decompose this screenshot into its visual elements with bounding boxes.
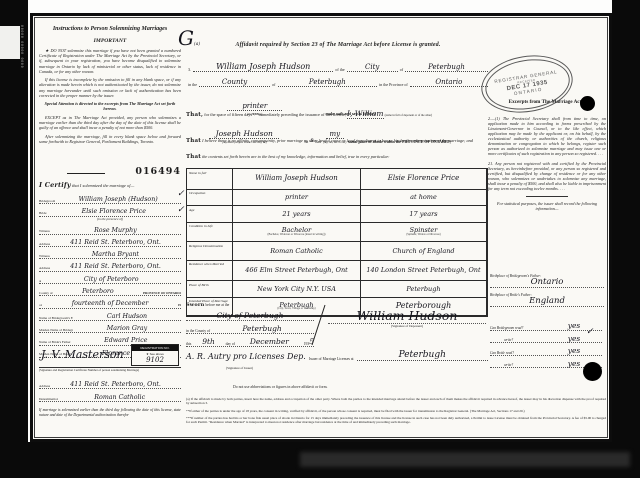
question-label: Can Bridegroom read? [490,326,546,330]
field-label: Address [39,385,50,388]
bride-age-cell: 17 years [361,206,487,223]
printed-text: in the [186,82,199,87]
groom-father-birthplace-value: Ontario [490,278,604,288]
field-row-denomination: Denomination Roman Catholic [39,390,181,402]
row-label: Age [187,206,233,223]
clause-text: the contents set forth herein are to the… [202,154,390,159]
bride-residence-cell: 140 London Street Peterbugh, Ont [361,261,487,282]
deponent-name-2-caption: (name in full of deponent or of the othe… [385,114,433,117]
row-label: Place of Birth [187,281,233,298]
sworn-before-text: before me at the [205,303,229,307]
affidavit-title: Affidavit required by Section 23 of The … [193,42,483,48]
county-label: in the County of [186,329,210,333]
groom-age-cell: 21 years [233,206,361,223]
issuer-signature: A. R. Autry pro Licenses Dep. [186,352,306,361]
registrar-general-stamp: REGISTRAR GENERAL RECEIVED DEC 17 1935 O… [477,49,577,119]
printed-text: in the Province of [377,82,410,87]
affidavit-clause-3: That the contents set forth herein are t… [186,154,488,161]
instructions-paragraph: Special Attention is directed to the exc… [39,101,181,111]
affidavit-clause-2: That I believe there is no affinity, con… [186,138,488,145]
question-label: write? [490,363,546,367]
field-value: Elsie Florence Price [47,209,181,215]
cell-value: 140 London Street Peterbugh, Ont [366,267,480,274]
bride-condition-cell: Spinster (Spinster, Widow or Divorcee) [361,223,487,243]
cell-value: at home [410,194,437,201]
film-strip-right [612,0,640,444]
affidavit-line-2: in the County of Peterbugh in the Provin… [186,79,488,87]
field-row-witness-1: Witness Rose Murphy [39,223,181,235]
field-row-groom-mother: Maiden Name of Bridegroom's Mother Mario… [39,321,181,333]
field-row-place: at City of Peterboro [39,272,181,284]
clause-text: for the space of fifteen days***immediat… [204,112,346,117]
instructions-paragraph: If this license is incomplete by the omi… [39,77,181,98]
solemnizer-signature-caption: (Signature and Registration Certificate … [39,367,181,372]
printed-text: of [270,82,277,87]
footnote-c: ***If neither of the parties has had his… [186,416,606,425]
field-row-solemnizer-address: Address 411 Reid St. Peterboro, Ont. [39,377,181,389]
field-value: Carl Hudson [73,314,181,320]
field-label: Bride [39,212,47,215]
excerpt-section-21: 21. Any person not registered with and c… [488,161,606,191]
field-row-county: County of Peterboro PROVINCE OF ONTARIO [39,284,181,296]
field-value: Roman Catholic [58,395,181,401]
sworn-county: Peterbugh [210,324,314,333]
affidavit-clause-1: That, for the space of fifteen days***im… [186,109,488,119]
cell-value: 17 years [409,211,437,218]
groom-residence-cell: 466 Elm Street Peterbugh, Ont [233,261,361,282]
field-label: Name of Bride's Father [39,341,71,344]
instructions-paragraph: After solemnizing the marriage, fill in … [39,134,181,144]
instructions-section: Instructions to Person Solemnizing Marri… [39,26,181,144]
field-label: Denomination [39,398,58,401]
printed-text: of [398,67,405,72]
field-row-address-1: Address 411 Reid St. Peterboro, Ont. [39,235,181,247]
cell-value: New York City N.Y. USA [257,286,336,293]
field-row-address-2: Address 411 Reid St. Peterboro, Ont. [39,259,181,271]
field-row-groom-father: Name of Bridegroom's Father Carl Hudson [39,309,181,321]
groom-birthplace-cell: New York City N.Y. USA [233,281,361,298]
row-label: Residence when Married [187,261,233,282]
field-value: 411 Reid St. Peterboro, Ont. [50,240,181,246]
cell-value: William Joseph Hudson [255,175,337,182]
place-name: Peterbugh [405,64,488,72]
sworn-day: 9th [191,337,225,346]
hole-punch [583,362,602,381]
checkmark-icon: ✓ [177,204,185,215]
fine-print-notes: (a) If the affidavit is made by both par… [186,397,606,427]
groom-condition-cell: Bachelor (Bachelor, Widower or Divorcee … [233,223,361,243]
field-value: Peterboro [53,289,143,295]
checkmark-icon: ✓ [586,326,594,337]
registration-number-value: 9102 [132,356,178,365]
sworn-place-row: City of Peterbugh [186,308,314,321]
can-bride-read-row: Can Bride read? yes [490,343,602,356]
left-footnote: If marriage is solemnized earlier than t… [39,408,181,418]
no-abbreviations-note: Do not use abbreviations or figures in a… [233,385,328,389]
footnote-b: **If either of the parties is under the … [186,409,606,413]
province-caption: PROVINCE OF ONTARIO [143,292,181,295]
county-word: County [199,79,270,87]
statistical-fields: Birthplace of Bridegroom's Father: Ontar… [490,274,604,307]
issuer-place: Peterbugh [357,350,488,361]
marriage-license-document: Instructions to Person Solemnizing Marri… [30,13,612,442]
cell-value: Roman Catholic [270,248,322,255]
certification-fields: Bridegroom William Joseph (Hudson) Bride… [39,192,181,358]
field-value: Marion Gray [73,326,181,332]
deponent-signature-block: William Hudson (Signature of Deponent) [328,308,486,328]
row-label: Religious Denomination [187,242,233,261]
certify-word: I Certify [39,181,71,189]
groom-name-cell: William Joseph Hudson [233,169,361,190]
answer-value: yes [546,347,602,355]
cell-value: Elsie Florence Price [388,175,460,182]
field-value: William Joseph (Hudson) [55,197,181,203]
that-word: That [186,138,201,144]
day-of-label: day of [226,342,235,346]
field-label: Maiden Name of Bridegroom's Mother [39,329,73,332]
marriage-details-table: Name in full William Joseph Hudson Elsie… [186,168,488,317]
field-label: Bridegroom [39,200,55,203]
clause-text: I believe there is no affinity, consangu… [202,138,473,143]
cell-value: 21 years [282,211,310,218]
license-number-row: 016494 [39,166,181,177]
sworn-date-row: this 9th day of December 193 5 [186,334,314,347]
cell-value: Peterbugh [406,286,440,293]
deponent-name: William Joseph Hudson [193,63,333,72]
sworn-word: Sworn [186,302,205,308]
field-value: fourteenth of December [42,301,177,307]
film-blotch [300,452,630,467]
field-row-bridegroom: Bridegroom William Joseph (Hudson) [39,192,181,204]
cell-value: 466 Elm Street Peterbugh, Ont [245,267,348,274]
year-prefix: 19 [178,304,181,307]
field-value: 411 Reid St. Peterboro, Ont. [50,264,181,270]
registration-number-box: REGISTRATION NO. ★ See above 9102 [131,344,179,366]
issuer-signature-caption: (Signature of Issuer) [226,366,253,370]
affidavit-line-1: 3. William Joseph Hudson of the City of … [186,63,488,72]
field-label: Address [39,267,50,270]
marriage-act-excerpts: 2.—(1) The Provincial Secretary shall fr… [488,116,606,212]
short-rule [67,173,105,174]
film-frame-marker [0,26,20,59]
question-label: write? [490,338,546,342]
film-frame-code: 00000 00000 0000 [20,25,24,105]
bride-father-birthplace-value: England [490,297,604,307]
solemnizer-signature: J. V. Masterson [41,348,124,361]
microfilm-scan-viewport: 00000 00000 0000 Instructions to Person … [0,0,640,478]
row-label: Name in full [187,169,233,190]
bride-occupation-cell: at home [361,190,487,207]
item-number: 3. [186,67,193,72]
groom-occupation-cell: printer [233,190,361,207]
province-name: Ontario [410,79,488,87]
field-label: Address [39,243,50,246]
row-label: Occupation [187,190,233,207]
field-label: Witness [39,255,50,258]
sworn-section: Sworn before me at the City of Peterbugh… [186,302,488,376]
cell-caption: (Bachelor, Widower or Divorcee (insert i… [268,234,326,237]
certify-line: I Certify that I solemnized the marriage… [39,181,181,189]
field-label: Name of Bridegroom's Father [39,317,73,320]
hole-punch [580,96,595,111]
cell-value: Church of England [392,248,454,255]
field-value: 411 Reid St. Peterboro, Ont. [50,382,181,388]
field-row-bride: Bride Elsie Florence Price [39,204,181,216]
annotation-letter: G [178,26,194,50]
sworn-month: December [235,337,304,346]
cell-value: printer [285,194,308,201]
printed-text: of the [333,67,346,72]
license-number: 016494 [135,166,181,177]
statistical-intro: For statistical purposes, the issuer sha… [488,202,606,212]
question-label: Can Bride read? [490,351,546,355]
field-value: City of Peterboro [41,277,181,283]
field-label: County of [39,292,53,295]
certify-rest: that I solemnized the marriage of— [72,183,134,188]
bride-birthplace-cell: Peterbugh [361,281,487,298]
instructions-paragraph: EXCEPT as in The Marriage Act provided, … [39,115,181,130]
deponent-signature: William Hudson [328,308,486,324]
important-heading: IMPORTANT [39,38,181,45]
field-row-witness-2: Witness Martha Bryant [39,247,181,259]
that-word: That [186,154,201,160]
footnote-a: (a) If the affidavit is made by both par… [186,397,606,406]
row-label: Condition in Life [187,223,233,243]
sworn-place: City of Peterbugh [186,311,314,320]
excerpt-section-2: 2.—(1) The Provincial Secretary shall fr… [488,116,606,156]
instructions-paragraph: ★ DO NOT solemnize this marriage if you … [39,48,181,74]
issuer-row: A. R. Autry pro Licenses Dep. Issuer of … [186,350,488,361]
issuer-printed-text: Issuer of Marriage Licenses at [306,357,357,361]
that-word: That, [186,112,203,118]
cell-caption: (Spinster, Widow or Divorcee) [406,234,440,237]
sworn-county-row: in the County of Peterbugh [186,321,314,334]
field-value: Rose Murphy [50,228,181,234]
bride-religion-cell: Church of England [361,242,487,261]
bride-name-cell: Elsie Florence Price [361,169,487,190]
deponent-signature-caption: (Signature of Deponent) [328,324,486,328]
instructions-heading: Instructions to Person Solemnizing Marri… [39,26,181,33]
groom-religion-cell: Roman Catholic [233,242,361,261]
field-value: Martha Bryant [50,252,181,258]
divider-rule [526,196,568,197]
deponent-name-2: I, William [347,109,384,119]
place-type: City [347,64,398,72]
field-label: Witness [39,230,50,233]
field-row-date: on fourteenth of December 19 [39,296,181,308]
checkmark-icon: ✓ [177,188,185,199]
county-name: Peterbugh [278,79,378,87]
